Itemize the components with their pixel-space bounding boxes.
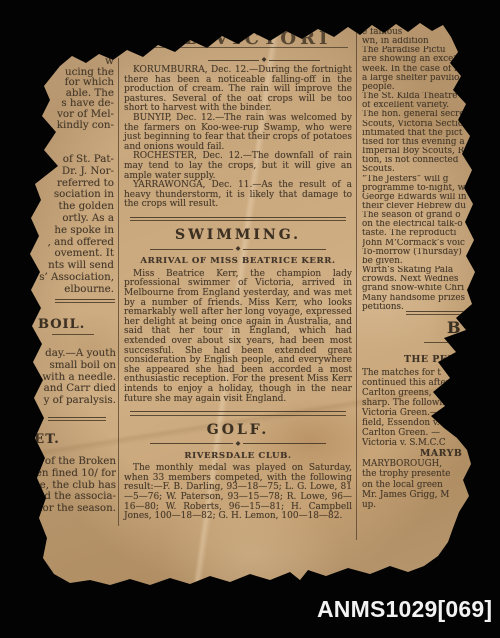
text-line: The St. Kilda Theatre	[362, 92, 490, 101]
maryborough-subhead-fragment: MARYB	[420, 448, 462, 459]
text-line: with a needle.	[14, 372, 116, 384]
swimming-subhead: ARRIVAL OF MISS BEATRICE KERR.	[124, 257, 352, 267]
text-line: Wirth’s Skating Pala	[362, 266, 490, 275]
text-line: of excellent variety.	[362, 101, 490, 110]
golf-article-body: The monthly medal was played on Saturday…	[124, 464, 352, 522]
right-column-pennant-fragments: The matches for tcontinued this afterCar…	[362, 368, 490, 448]
diamond-glyph: ◆	[236, 441, 241, 447]
rule-segment	[243, 443, 326, 444]
text-line: To-morrow (Thursday)	[362, 248, 490, 257]
headline-rule	[130, 47, 348, 48]
text-line: “The Jesters” will g	[362, 175, 490, 184]
text-line: y of paralysis.	[14, 395, 116, 407]
text-line: ortly. As a	[16, 213, 114, 225]
diamond-glyph: ◆	[236, 246, 241, 252]
text-line: for which	[22, 77, 114, 88]
text-line: are showing an excellen	[362, 55, 490, 64]
text-line: Carlton greens, comm	[362, 388, 490, 398]
text-line: crowds. Next Wednes	[362, 275, 490, 284]
text-line: wn, in addition	[362, 37, 490, 46]
text-line: tised for this evening a	[362, 138, 490, 147]
text-line: taste. The reproducti	[362, 229, 490, 238]
text-line: up.	[362, 500, 490, 510]
text-line: Dr. J. Nor-	[16, 166, 114, 178]
text-line: e famous	[362, 28, 490, 37]
left-column-ket-fragments: e of the Brokenbeen fined 10/ force, the…	[12, 456, 116, 515]
text-line: field, Essendon v.	[362, 418, 490, 428]
text-line: on the local green	[362, 480, 490, 490]
text-line: Victoria Green.—	[362, 408, 490, 418]
rule-segment	[208, 60, 259, 61]
text-line: Scouts, Victoria Section	[362, 120, 490, 129]
text-line: BUNYIP, Dec. 12.—The rain was welcomed b…	[124, 114, 352, 152]
text-line: ROCHESTER, Dec. 12.—The downfall of rain…	[124, 152, 352, 181]
pennant-subhead-fragment: THE PENN	[404, 354, 466, 365]
torn-section-headline: AND VICTORI	[146, 28, 366, 49]
text-line: Scouts.	[362, 165, 490, 174]
text-line: their clever Hebrew du	[362, 202, 490, 211]
column-divider-left	[118, 58, 119, 526]
text-line: YARRAWONGA, Dec. 11.—As the result of a …	[124, 181, 352, 210]
text-line: ovement. It	[16, 248, 114, 260]
rule-segment	[150, 443, 233, 444]
text-line: of St. Pat-	[16, 154, 114, 166]
text-line: referred to	[16, 178, 114, 190]
text-line: vor of Mel-	[22, 109, 114, 120]
left-column-mid-fragments: of St. Pat-Dr. J. Nor-referred tosociati…	[16, 154, 114, 296]
text-line: s have de-	[22, 98, 114, 109]
right-column-top-fragments: e famouswn, in additionThe Paradise Pict…	[362, 28, 490, 312]
text-line: The Paradise Pictu	[362, 46, 490, 55]
double-rule-fragment	[55, 299, 115, 303]
text-line: elbourne.	[16, 284, 114, 296]
text-line: the trophy presente	[362, 469, 490, 479]
diamond-glyph: ◆	[262, 57, 267, 63]
double-rule-fragment	[48, 417, 106, 421]
text-line: KORUMBURRA, Dec. 12.—During the fortnigh…	[124, 66, 352, 114]
left-column-top-fragments: wucing thefor whichable. Thes have de-vo…	[22, 56, 114, 130]
text-line: Many handsome prizes	[362, 294, 490, 303]
text-line: sharp. The followin	[362, 398, 490, 408]
text-line: able. The	[22, 88, 114, 99]
text-line: , and offered	[16, 237, 114, 249]
column-divider-right	[356, 26, 357, 540]
double-rule	[130, 411, 346, 415]
text-line: s’ Association,	[16, 272, 114, 284]
diamond-ornament-icon: ◆	[150, 441, 326, 447]
text-line: sociation in	[16, 189, 114, 201]
rule-segment	[269, 60, 320, 61]
torn-newspaper-clipping: AND VICTORI ◆ wucing thefor whichable. T…	[0, 0, 500, 638]
torn-bowls-headline-fragment: B	[447, 318, 461, 337]
text-line: day.—A youth	[14, 348, 116, 360]
diamond-ornament-icon: ◆	[208, 57, 320, 63]
double-rule-fragment	[406, 311, 470, 315]
text-line: e of the Broken	[12, 456, 116, 468]
headline-rule	[52, 334, 94, 335]
text-line: people.	[362, 83, 490, 92]
text-line: John M‘Cormack’s voic	[362, 239, 490, 248]
text-line: The matches for t	[362, 368, 490, 378]
text-line: nts will send	[16, 260, 114, 272]
text-line: kindly con-	[22, 120, 114, 131]
text-line: Victoria v. S.M.C.C	[362, 438, 490, 448]
boil-headline-fragment: BOIL.	[38, 317, 85, 332]
text-line: ce, the club has	[12, 480, 116, 492]
text-line: intimated that the pict	[362, 129, 490, 138]
center-column: KORUMBURRA, Dec. 12.—During the fortnigh…	[124, 66, 352, 522]
country-news-paragraphs: KORUMBURRA, Dec. 12.—During the fortnigh…	[124, 66, 352, 210]
text-line: programme to-night, wh	[362, 184, 490, 193]
archive-reference-label: ANMS1029[069]	[317, 596, 492, 623]
text-line: be given.	[362, 257, 490, 266]
text-line: w	[22, 56, 114, 67]
swimming-article-body: Miss Beatrice Kerr, the champion lady pr…	[124, 270, 352, 404]
right-column-maryborough-fragments: MARYBOROUGH,the trophy presenteon the lo…	[362, 459, 490, 510]
text-line: George Edwards will in	[362, 193, 490, 202]
photographed-newspaper-clipping: AND VICTORI ◆ wucing thefor whichable. T…	[0, 0, 500, 638]
text-line: the golden	[16, 201, 114, 213]
text-line: week. In the case of i	[362, 65, 490, 74]
text-line: small boil on	[14, 360, 116, 372]
golf-subhead: RIVERSDALE CLUB.	[124, 452, 352, 462]
text-line: continued this after	[362, 378, 490, 388]
text-line: Carlton Green. —	[362, 428, 490, 438]
rule-segment	[243, 249, 326, 250]
text-line: and the associa-	[12, 491, 116, 503]
text-line: The season of grand o	[362, 211, 490, 220]
headline-rule	[424, 342, 482, 343]
text-line: a large shelter pavilio	[362, 74, 490, 83]
left-column-boil-fragments: day.—A youthsmall boil onwith a needle.a…	[14, 348, 116, 407]
rule-segment	[150, 249, 233, 250]
text-line: The hon. general secre	[362, 110, 490, 119]
text-line: grand snow-white Chri	[362, 284, 490, 293]
double-rule	[130, 217, 346, 221]
swimming-headline: SWIMMING.	[124, 227, 352, 243]
text-line: and Carr died	[14, 383, 116, 395]
ket-headline-fragment: KET.	[22, 432, 60, 447]
text-line: MARYBOROUGH,	[362, 459, 490, 469]
text-line: tion, is not connected	[362, 156, 490, 165]
text-line: for the season.	[12, 503, 116, 515]
text-line: on the electrical talk-o	[362, 220, 490, 229]
text-line: Mr. James Grigg, M	[362, 490, 490, 500]
text-line: Imperial Boy Scouts, R	[362, 147, 490, 156]
text-line: he spoke in	[16, 225, 114, 237]
text-line: ucing the	[22, 67, 114, 78]
diamond-ornament-icon: ◆	[150, 246, 326, 252]
text-line: been fined 10/ for	[12, 468, 116, 480]
golf-headline: GOLF.	[124, 422, 352, 438]
